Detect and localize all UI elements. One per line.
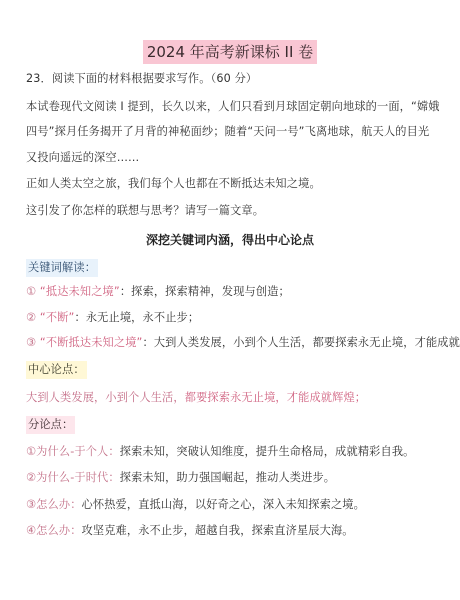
- page-title: 2024 年高考新课标 II 卷: [143, 40, 317, 64]
- sub-argument-prefix: ②为什么-于时代：: [26, 471, 120, 484]
- central-argument-part2: 都要探索永无止境，才能成就辉煌；: [185, 391, 366, 404]
- central-argument-part1: 大到人类发展，小到个人生活，: [26, 391, 185, 404]
- keyword-item-3: ③ “不断抵达未知之境”：大到人类发展，小到个人生活，都要探索永无止境，才能成就…: [26, 335, 442, 351]
- sub-arguments-label: 分论点：: [26, 416, 75, 434]
- keyword-sep: ：: [74, 311, 85, 324]
- sub-argument-3: ③怎么办：心怀热爱，直抵山海，以好奇之心，深入未知探索之境。: [26, 497, 442, 513]
- material-line-4: 正如人类太空之旅，我们每个人也都在不断抵达未知之境。: [26, 176, 442, 192]
- material-line-5: 这引发了你怎样的联想与思考？请写一篇文章。: [26, 203, 442, 219]
- keyword-sep: ：: [143, 336, 154, 349]
- sub-argument-4: ④怎么办：攻坚克难，永不止步，超越自我，探索直济星辰大海。: [26, 523, 442, 539]
- keyword-num: ②: [26, 311, 36, 324]
- keyword-meaning: 永无止境，永不止步；: [86, 311, 199, 324]
- keyword-term: “抵达未知之境”: [40, 285, 120, 298]
- keyword-sep: ：: [120, 285, 131, 298]
- sub-argument-prefix: ①为什么-于个人：: [26, 445, 120, 458]
- sub-argument-text: 探索未知，突破认知维度，提升生命格局，成就精彩自我。: [120, 445, 415, 458]
- material-line-3: 又投向遥远的深空……: [26, 150, 442, 166]
- sub-arguments-label-row: 分论点：: [26, 416, 442, 434]
- keyword-item-2: ② “不断”：永无止境，永不止步；: [26, 310, 442, 326]
- sub-argument-prefix: ④怎么办：: [26, 524, 82, 537]
- section-heading: 深挖关键词内涵，得出中心论点: [0, 232, 460, 249]
- sub-argument-prefix: ③怎么办：: [26, 498, 82, 511]
- sub-argument-text: 攻坚克难，永不止步，超越自我，探索直济星辰大海。: [82, 524, 354, 537]
- keyword-meaning: 探索，探索精神，发现与创造；: [131, 285, 290, 298]
- keywords-label-row: 关键词解读：: [26, 259, 442, 277]
- keyword-num: ①: [26, 285, 36, 298]
- central-argument: 大到人类发展，小到个人生活，都要探索永无止境，才能成就辉煌；: [26, 390, 442, 406]
- keyword-term: “不断抵达未知之境”: [40, 336, 143, 349]
- sub-argument-2: ②为什么-于时代：探索未知，助力强国崛起，推动人类进步。: [26, 470, 442, 486]
- sub-argument-text: 探索未知，助力强国崛起，推动人类进步。: [120, 471, 335, 484]
- keyword-item-1: ① “抵达未知之境”：探索，探索精神，发现与创造；: [26, 284, 442, 300]
- central-argument-label-row: 中心论点：: [26, 361, 442, 379]
- question-prompt: 23．阅读下面的材料根据要求写作。（60 分）: [26, 71, 442, 87]
- keyword-term: “不断”: [40, 311, 75, 324]
- material-line-1: 本试卷现代文阅读 I 提到，长久以来，人们只看到月球固定朝向地球的一面，“嫦娥: [26, 99, 442, 115]
- keyword-meaning: 大到人类发展，小到个人生活，都要探索永无止境，才能成就辉煌。: [154, 336, 460, 349]
- keywords-label: 关键词解读：: [26, 259, 98, 277]
- keyword-num: ③: [26, 336, 36, 349]
- sub-argument-1: ①为什么-于个人：探索未知，突破认知维度，提升生命格局，成就精彩自我。: [26, 444, 442, 460]
- central-argument-label: 中心论点：: [26, 361, 87, 379]
- title-container: 2024 年高考新课标 II 卷: [0, 40, 460, 64]
- sub-argument-text: 心怀热爱，直抵山海，以好奇之心，深入未知探索之境。: [82, 498, 365, 511]
- material-line-2: 四号”探月任务揭开了月背的神秘面纱；随着“天问一号”飞离地球，航天人的目光: [26, 124, 442, 140]
